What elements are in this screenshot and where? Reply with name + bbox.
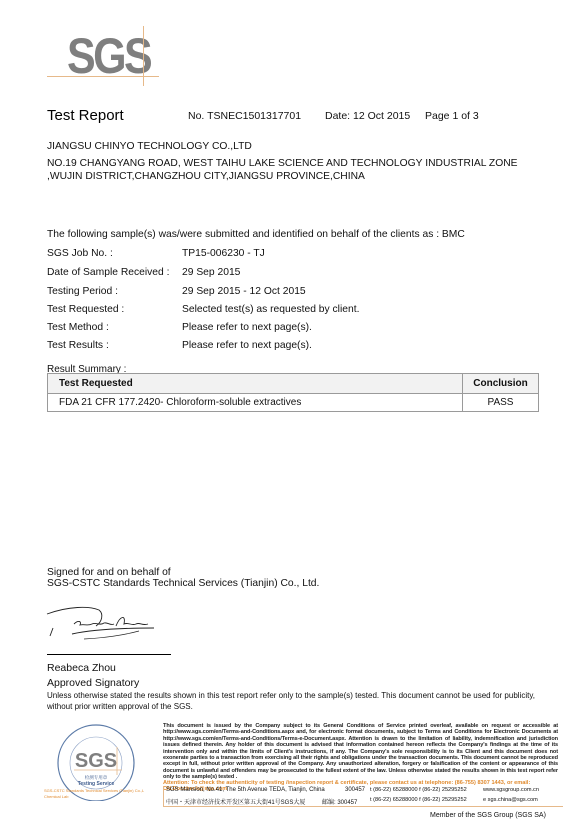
report-title: Test Report	[47, 107, 124, 124]
header-test-requested: Test Requested	[48, 374, 463, 394]
info-value: Please refer to next page(s).	[182, 340, 312, 351]
info-label: Testing Period :	[47, 286, 187, 297]
table-row: FDA 21 CFR 177.2420- Chloroform-soluble …	[48, 394, 539, 412]
info-value: 29 Sep 2015	[182, 267, 240, 278]
address-cn: 中国・天津市经济技术开发区第五大街41号SGS大厦	[166, 797, 305, 806]
signing-company: SGS-CSTC Standards Technical Services (T…	[47, 578, 319, 589]
report-number: No. TSNEC1501317701	[188, 110, 301, 122]
info-value: Selected test(s) as requested by client.	[182, 304, 359, 315]
address-divider	[163, 786, 164, 806]
address-en: SGS Mansion, No.41, The 5th Avenue TEDA,…	[166, 787, 325, 793]
client-address: NO.19 CHANGYANG ROAD, WEST TAIHU LAKE SC…	[47, 157, 547, 183]
svg-text:Testing Service: Testing Service	[78, 781, 115, 787]
sgs-logo: SGS	[47, 26, 159, 86]
website-link[interactable]: www.sgsgroup.com.cn	[483, 787, 539, 793]
info-label: Date of Sample Received :	[47, 267, 187, 278]
info-value: TP15-006230 - TJ	[182, 248, 265, 259]
result-summary-table: Test Requested Conclusion FDA 21 CFR 177…	[47, 373, 539, 412]
svg-text:SGS: SGS	[75, 750, 117, 772]
email-link[interactable]: e sgs.china@sgs.com	[483, 797, 538, 803]
info-value: 29 Sep 2015 - 12 Oct 2015	[182, 286, 306, 297]
phone-fax-en: t (86-22) 65288000 f (86-22) 25295252	[370, 787, 467, 793]
disclaimer: Unless otherwise stated the results show…	[47, 690, 557, 712]
testing-service-stamp: SGS 检测专用章 Testing Service SGS-CSTC Stand…	[44, 723, 144, 801]
info-label: Test Requested :	[47, 304, 187, 315]
legal-notice: This document is issued by the Company s…	[163, 723, 558, 781]
handwritten-signature	[44, 604, 159, 644]
cell-conclusion: PASS	[463, 394, 539, 412]
svg-text:检测专用章: 检测专用章	[85, 774, 108, 781]
table-header-row: Test Requested Conclusion	[48, 374, 539, 394]
info-label: Test Results :	[47, 340, 187, 351]
info-label: SGS Job No. :	[47, 248, 187, 259]
client-name: JIANGSU CHINYO TECHNOLOGY CO.,LTD	[47, 140, 252, 153]
zip-en: 300457	[345, 787, 365, 793]
footer-rule	[163, 806, 563, 807]
info-label: Test Method :	[47, 322, 187, 333]
page-indicator: Page 1 of 3	[425, 110, 479, 122]
zip-cn: 邮编: 300457	[322, 797, 357, 806]
svg-text:Chemical Lab: Chemical Lab	[44, 794, 69, 799]
header-conclusion: Conclusion	[463, 374, 539, 394]
signatory-name: Reabeca Zhou	[47, 662, 116, 674]
signature-line	[47, 654, 171, 655]
svg-text:SGS-CSTC Standards Technical S: SGS-CSTC Standards Technical Services (T…	[44, 788, 144, 793]
signatory-title: Approved Signatory	[47, 677, 139, 689]
report-date: Date: 12 Oct 2015	[325, 110, 410, 122]
signed-on-behalf: Signed for and on behalf of	[47, 567, 171, 578]
cell-test: FDA 21 CFR 177.2420- Chloroform-soluble …	[48, 394, 463, 412]
info-value: Please refer to next page(s).	[182, 322, 312, 333]
sample-intro: The following sample(s) was/were submitt…	[47, 228, 465, 241]
logo-vertical-rule	[143, 26, 144, 86]
phone-fax-cn: t (86-22) 65288000 f (86-22) 25295252	[370, 797, 467, 803]
member-statement: Member of the SGS Group (SGS SA)	[430, 812, 546, 819]
